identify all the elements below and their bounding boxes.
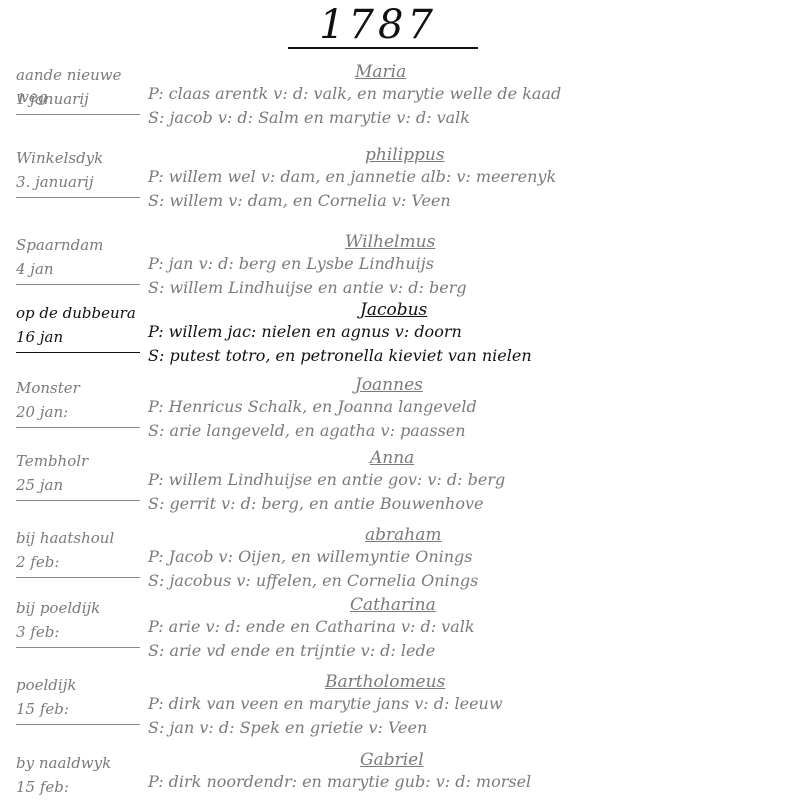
child-name: Catharina	[350, 595, 436, 615]
witnesses-line: S: jacobus v: uffelen, en Cornelia Oning…	[148, 571, 478, 590]
entry-date-rule	[16, 577, 140, 578]
entry-place: poeldijk	[16, 674, 140, 696]
entry-date: 15 feb:	[16, 698, 140, 720]
entry-place: op de dubbeura	[16, 302, 140, 324]
entry-place: Winkelsdyk	[16, 147, 140, 169]
entry-date: 16 jan	[16, 326, 140, 348]
witnesses-line: S: arie langeveld, en agatha v: paassen	[148, 421, 466, 440]
child-name: Bartholomeus	[325, 672, 445, 692]
entry-date: 2 feb:	[16, 551, 140, 573]
witnesses-line: S: willem v: dam, en Cornelia v: Veen	[148, 191, 451, 210]
parents-line: P: claas arentk v: d: valk, en marytie w…	[148, 84, 561, 103]
register-year: 1787	[318, 2, 438, 48]
entry-date: 4 jan	[16, 258, 140, 280]
child-name: abraham	[365, 525, 441, 545]
witnesses-line: S: putest totro, en petronella kieviet v…	[148, 346, 532, 365]
entry-date: 3. januarij	[16, 171, 140, 193]
entry-date: 25 jan	[16, 474, 140, 496]
parents-line: P: dirk van veen en marytie jans v: d: l…	[148, 694, 503, 713]
entry-date-rule	[16, 724, 140, 725]
child-name: Gabriel	[360, 750, 424, 770]
entry-date-rule	[16, 114, 140, 115]
witnesses-line: S: arie vd ende en trijntie v: d: lede	[148, 641, 435, 660]
witnesses-line: S: jan v: d: Spek en grietie v: Veen	[148, 718, 427, 737]
parents-line: P: willem jac: nielen en agnus v: doorn	[148, 322, 462, 341]
witnesses-line: S: willem Lindhuijse en antie v: d: berg	[148, 278, 467, 297]
entry-date-rule	[16, 427, 140, 428]
entry-place: bij poeldijk	[16, 597, 140, 619]
parents-line: P: willem wel v: dam, en jannetie alb: v…	[148, 167, 556, 186]
entry-place: by naaldwyk	[16, 752, 140, 774]
parents-line: P: arie v: d: ende en Catharina v: d: va…	[148, 617, 475, 636]
entry-date: 20 jan:	[16, 401, 140, 423]
year-underline	[288, 47, 478, 49]
entry-date: 1 januarij	[16, 88, 140, 110]
entry-place: Monster	[16, 377, 140, 399]
entry-date-rule	[16, 352, 140, 353]
entry-date-rule	[16, 500, 140, 501]
entry-place: bij haatshoul	[16, 527, 140, 549]
witnesses-line: S: jacob v: d: Salm en marytie v: d: val…	[148, 108, 470, 127]
entry-date-rule	[16, 647, 140, 648]
parents-line: P: Jacob v: Oijen, en willemyntie Onings	[148, 547, 473, 566]
child-name: Wilhelmus	[345, 232, 435, 252]
parents-line: P: dirk noordendr: en marytie gub: v: d:…	[148, 772, 531, 791]
parents-line: P: jan v: d: berg en Lysbe Lindhuijs	[148, 254, 434, 273]
entry-date: 3 feb:	[16, 621, 140, 643]
parents-line: P: willem Lindhuijse en antie gov: v: d:…	[148, 470, 505, 489]
entry-date-rule	[16, 284, 140, 285]
witnesses-line: S: gerrit v: d: berg, en antie Bouwenhov…	[148, 494, 484, 513]
child-name: Jacobus	[360, 300, 427, 320]
entry-place: Tembholr	[16, 450, 140, 472]
parents-line: P: Henricus Schalk, en Joanna langeveld	[148, 397, 477, 416]
child-name: Maria	[355, 62, 406, 82]
child-name: Anna	[370, 448, 414, 468]
entry-date-rule	[16, 197, 140, 198]
child-name: philippus	[365, 145, 445, 165]
entry-place: Spaarndam	[16, 234, 140, 256]
child-name: Joannes	[355, 375, 423, 395]
entry-date: 15 feb:	[16, 776, 140, 798]
